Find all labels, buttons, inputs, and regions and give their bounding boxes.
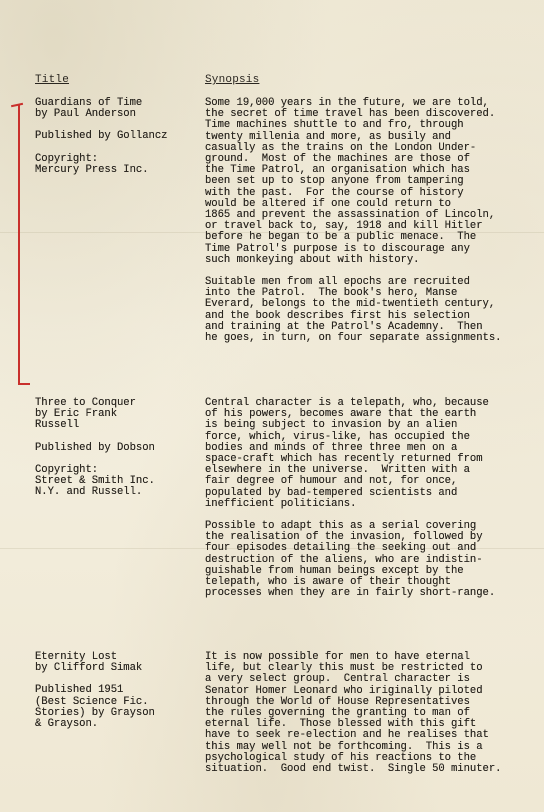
- entry-1-details: Guardians of Time by Paul Anderson Publi…: [35, 98, 195, 176]
- synopsis-paragraph: Central character is a telepath, who, be…: [205, 398, 544, 510]
- synopsis-paragraph: Possible to adapt this as a serial cover…: [205, 521, 544, 599]
- entry-publisher-line: Published 1951: [35, 685, 195, 696]
- synopsis-paragraph: Some 19,000 years in the future, we are …: [205, 98, 544, 266]
- entry-publisher: Published by Gollancz: [35, 131, 195, 142]
- red-margin-line: [18, 105, 20, 385]
- entry-2-synopsis: Central character is a telepath, who, be…: [205, 398, 544, 599]
- entry-copyright-holder: N.Y. and Russell.: [35, 487, 195, 498]
- entry-3-synopsis: It is now possible for men to have etern…: [205, 652, 544, 775]
- column-header-synopsis: Synopsis: [205, 74, 259, 86]
- column-header-title: Title: [35, 74, 69, 86]
- entry-1-synopsis: Some 19,000 years in the future, we are …: [205, 98, 544, 344]
- entry-publisher: Published by Dobson: [35, 443, 195, 454]
- red-margin-mark-top: [11, 103, 23, 107]
- synopsis-paragraph: It is now possible for men to have etern…: [205, 652, 544, 775]
- entry-author-line: Russell: [35, 420, 195, 431]
- entry-2-details: Three to Conquer by Eric Frank Russell P…: [35, 398, 195, 498]
- synopsis-paragraph: Suitable men from all epochs are recruit…: [205, 277, 544, 344]
- entry-copyright-holder: Mercury Press Inc.: [35, 165, 195, 176]
- entry-author-line: by Clifford Simak: [35, 663, 195, 674]
- entry-publisher-line: & Grayson.: [35, 719, 195, 730]
- entry-3-details: Eternity Lost by Clifford Simak Publishe…: [35, 652, 195, 730]
- red-margin-mark-bottom: [18, 383, 30, 385]
- typewritten-document-page: Title Synopsis Guardians of Time by Paul…: [0, 0, 544, 812]
- entry-author-line: by Paul Anderson: [35, 109, 195, 120]
